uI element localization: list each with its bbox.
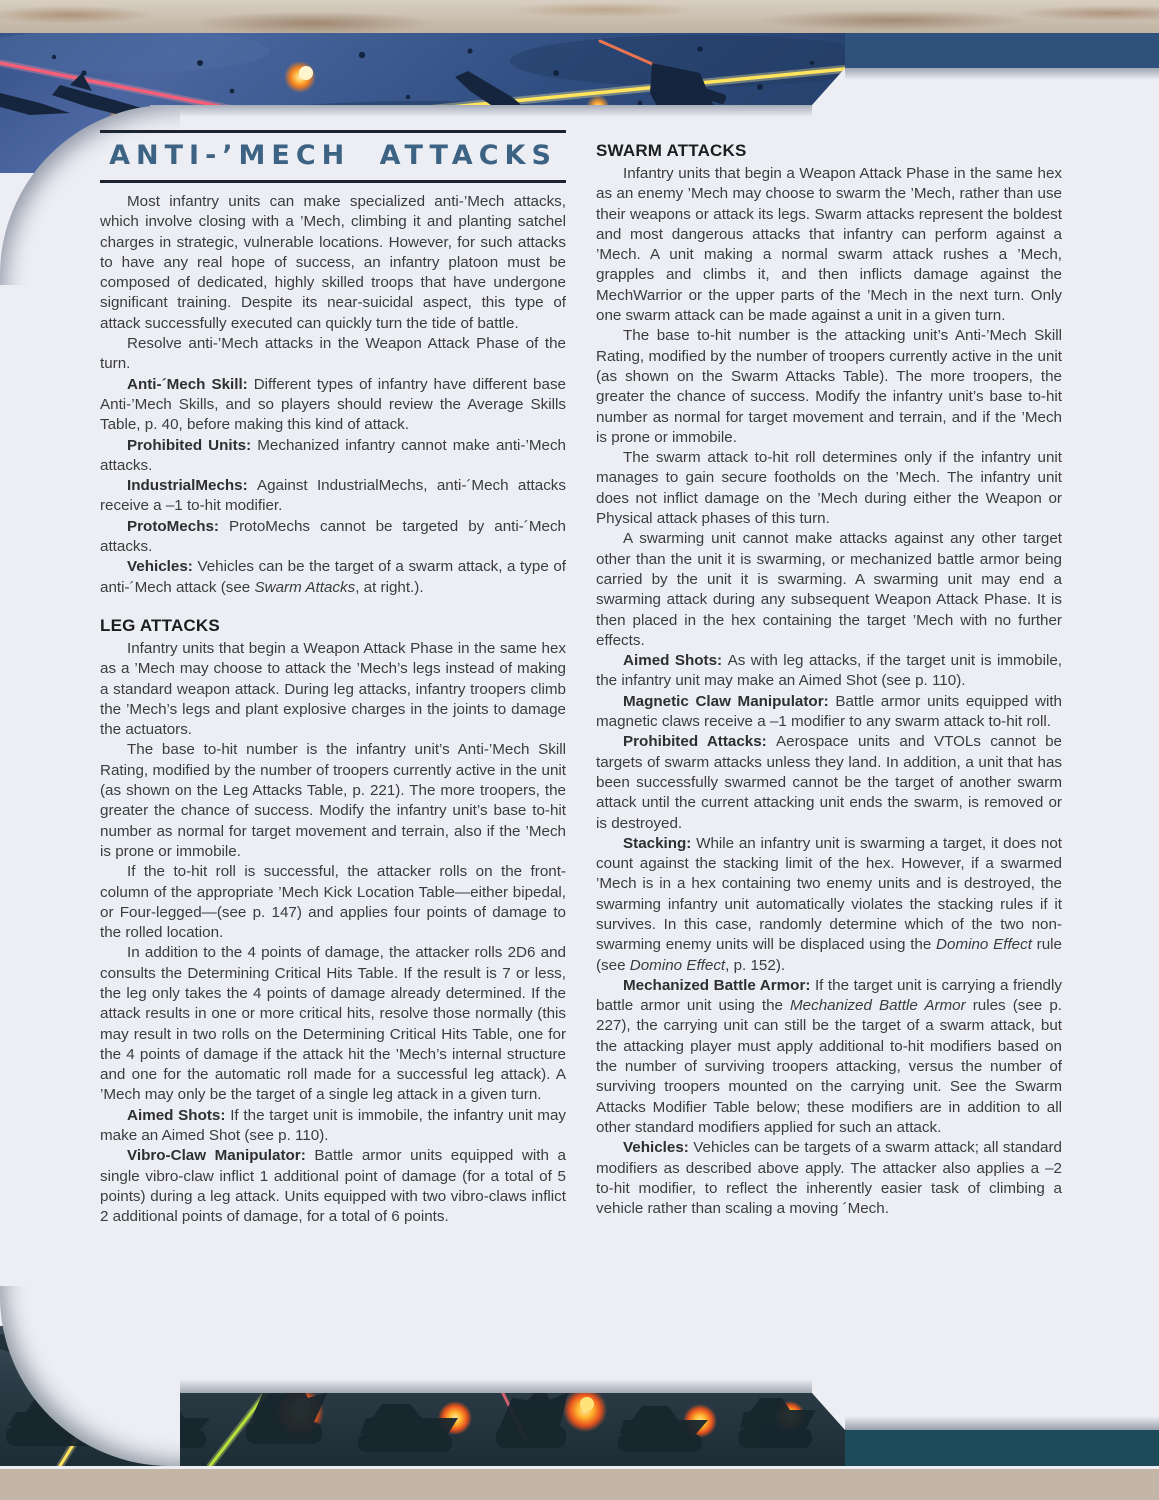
text-run: rules (see p. 227), the carrying unit ca… (596, 997, 1062, 1136)
footer-artwork-shadow (150, 1379, 812, 1393)
header-grunge-strip (0, 0, 1159, 33)
paragraph: Vehicles: Vehicles can be the target of … (100, 557, 566, 598)
paragraph: IndustrialMechs: Against IndustrialMechs… (100, 476, 566, 517)
run-in-label: Magnetic Claw Manipulator: (623, 693, 835, 710)
paragraph: Prohibited Attacks: Aerospace units and … (596, 732, 1062, 833)
paragraph: Prohibited Units: Mechanized infantry ca… (100, 436, 566, 477)
paragraph: Vehicles: Vehicles can be targets of a s… (596, 1138, 1062, 1219)
paragraph: Anti-´Mech Skill: Different types of inf… (100, 375, 566, 436)
text-run: The base to-hit number is the infantry u… (100, 741, 566, 859)
article-title-block: ANTI-’MECH ATTACKS (100, 130, 566, 183)
paragraph: In addition to the 4 points of damage, t… (100, 943, 566, 1105)
run-in-label: Vibro-Claw Manipulator: (127, 1147, 314, 1164)
left-column: ANTI-’MECH ATTACKSMost infantry units ca… (100, 130, 566, 1228)
rulebook-page: ANTI-’MECH ATTACKSMost infantry units ca… (0, 0, 1159, 1500)
paragraph: Stacking: While an infantry unit is swar… (596, 834, 1062, 976)
paragraph: The base to-hit number is the attacking … (596, 326, 1062, 448)
paragraph: Mechanized Battle Armor: If the target u… (596, 976, 1062, 1138)
paragraph: A swarming unit cannot make attacks agai… (596, 529, 1062, 651)
page-title: ANTI-’MECH ATTACKS (100, 133, 566, 180)
section-heading: LEG ATTACKS (100, 616, 566, 636)
run-in-label: IndustrialMechs: (127, 477, 257, 494)
italic-reference: Domino Effect (936, 936, 1032, 953)
run-in-label: Aimed Shots: (127, 1107, 230, 1124)
header-artwork-shadow (150, 105, 812, 117)
run-in-label: Anti-´Mech Skill: (127, 376, 254, 393)
header-band-shadow (845, 68, 1159, 80)
italic-reference: Swarm Attacks (254, 579, 355, 596)
run-in-label: Stacking: (623, 835, 696, 852)
run-in-label: Aimed Shots: (623, 652, 728, 669)
paragraph: Infantry units that begin a Weapon Attac… (100, 639, 566, 740)
run-in-label: Vehicles: (623, 1139, 693, 1156)
paragraph: Vibro-Claw Manipulator: Battle armor uni… (100, 1146, 566, 1227)
title-rule-bottom (100, 180, 566, 183)
text-run: The base to-hit number is the attacking … (596, 327, 1062, 445)
text-run: The swarm attack to-hit roll determines … (596, 449, 1062, 527)
text-run: Most infantry units can make specialized… (100, 193, 566, 332)
paragraph: The swarm attack to-hit roll determines … (596, 448, 1062, 529)
paragraph: Most infantry units can make specialized… (100, 192, 566, 334)
italic-reference: Mechanized Battle Armor (790, 997, 966, 1014)
italic-reference: Domino Effect (630, 957, 725, 974)
footer-band-shadow (845, 1416, 1159, 1430)
paragraph: Aimed Shots: As with leg attacks, if the… (596, 651, 1062, 692)
text-run: Infantry units that begin a Weapon Attac… (100, 640, 566, 738)
text-run: If the to-hit roll is successful, the at… (100, 863, 566, 941)
run-in-label: ProtoMechs: (127, 518, 229, 535)
text-run: Resolve anti-’Mech attacks in the Weapon… (100, 335, 566, 372)
text-run: In addition to the 4 points of damage, t… (100, 944, 566, 1103)
paragraph: ProtoMechs: ProtoMechs cannot be targete… (100, 517, 566, 558)
paragraph: Resolve anti-’Mech attacks in the Weapon… (100, 334, 566, 375)
paragraph: Aimed Shots: If the target unit is immob… (100, 1106, 566, 1147)
paragraph: If the to-hit roll is successful, the at… (100, 862, 566, 943)
section-heading: SWARM ATTACKS (596, 141, 1062, 161)
text-run: , at right.). (355, 579, 423, 596)
paragraph: Infantry units that begin a Weapon Attac… (596, 164, 1062, 326)
footer-grunge-strip (0, 1469, 1159, 1500)
run-in-label: Vehicles: (127, 558, 197, 575)
run-in-label: Prohibited Units: (127, 437, 257, 454)
run-in-label: Mechanized Battle Armor: (623, 977, 815, 994)
paragraph: The base to-hit number is the infantry u… (100, 740, 566, 862)
text-run: , p. 152). (725, 957, 785, 974)
text-run: Infantry units that begin a Weapon Attac… (596, 165, 1062, 324)
right-column: SWARM ATTACKSInfantry units that begin a… (596, 130, 1062, 1228)
paragraph: Magnetic Claw Manipulator: Battle armor … (596, 692, 1062, 733)
text-run: A swarming unit cannot make attacks agai… (596, 530, 1062, 648)
page-content: ANTI-’MECH ATTACKSMost infantry units ca… (100, 130, 1063, 1228)
run-in-label: Prohibited Attacks: (623, 733, 776, 750)
